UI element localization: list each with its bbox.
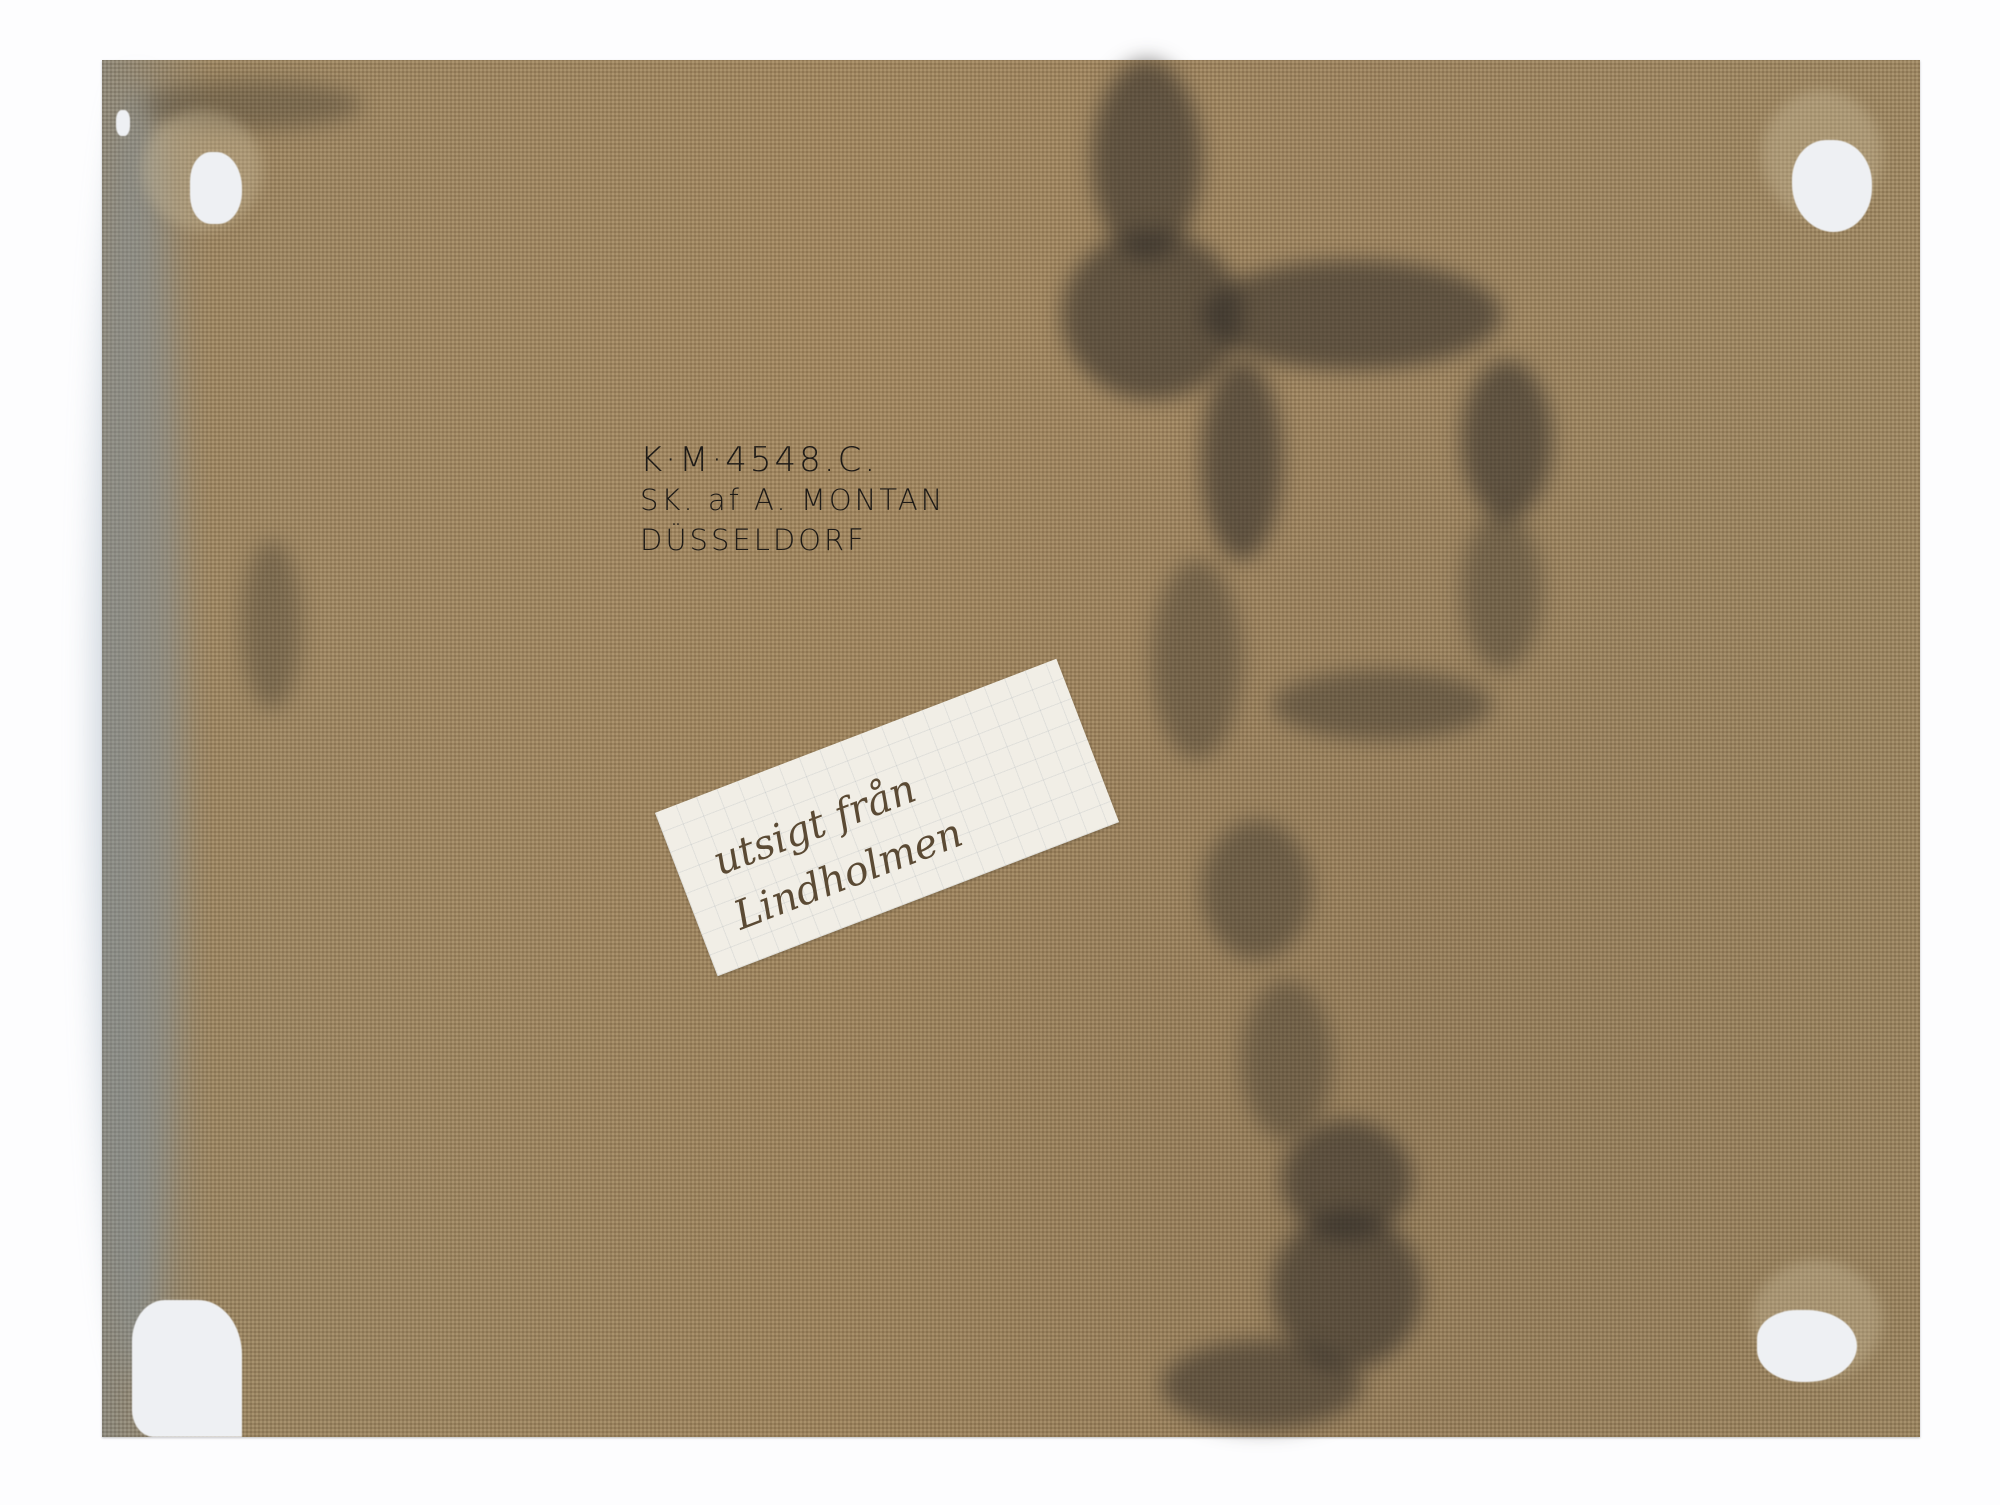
stain	[1462, 510, 1542, 670]
glue-residue-bottom-right	[1757, 1310, 1857, 1382]
stain	[1162, 1340, 1362, 1430]
inscription-catalog-number: K·M·4548.C.	[640, 440, 945, 480]
stain	[1462, 360, 1552, 520]
inscription-artist: SK. af A. MONTAN	[640, 480, 945, 520]
glue-residue-top-left	[190, 152, 242, 224]
stain	[1152, 560, 1242, 760]
stain	[1272, 670, 1492, 740]
ink-inscription: K·M·4548.C. SK. af A. MONTAN DÜSSELDORF	[640, 440, 945, 560]
glue-residue-fleck	[116, 110, 130, 136]
stain	[1242, 980, 1332, 1140]
glue-residue-top-right	[1792, 140, 1872, 232]
glue-residue-bottom-left	[132, 1300, 242, 1437]
edge-tint	[92, 80, 182, 1380]
stain	[242, 540, 302, 710]
stain	[1202, 820, 1312, 960]
inscription-location: DÜSSELDORF	[640, 520, 945, 560]
stain	[1202, 260, 1502, 370]
stain	[1202, 360, 1282, 560]
